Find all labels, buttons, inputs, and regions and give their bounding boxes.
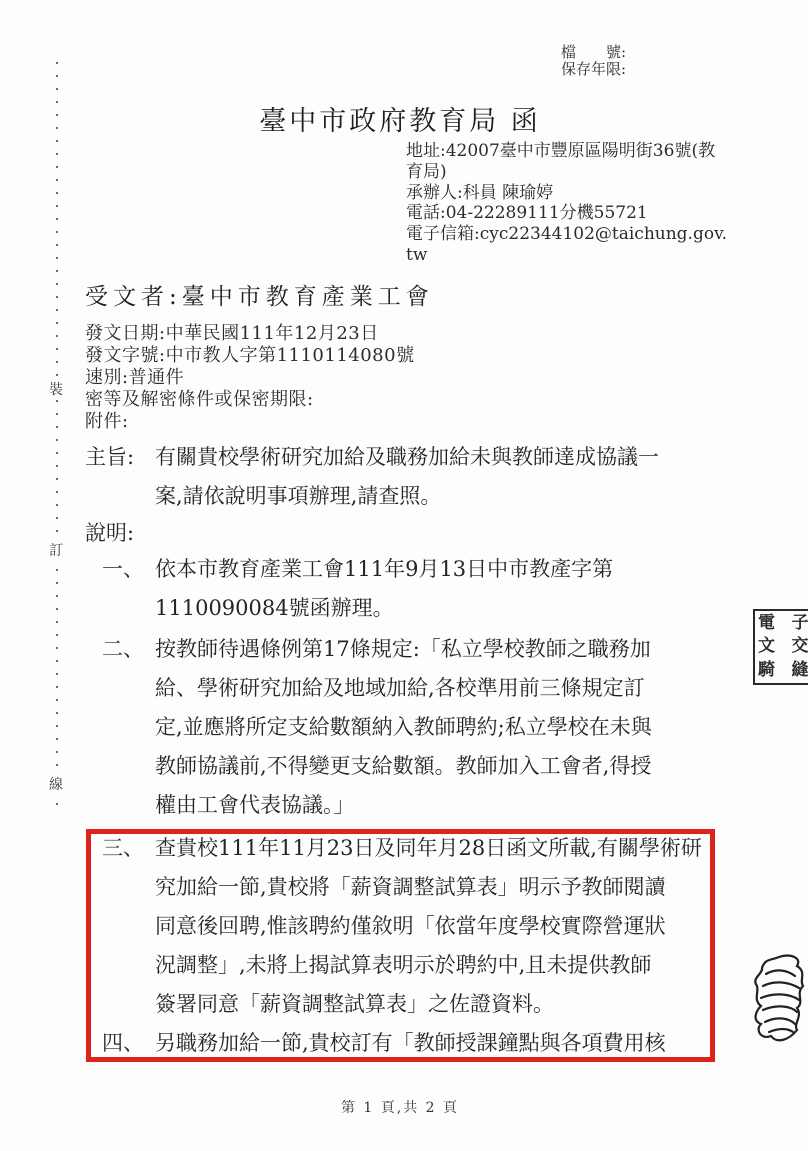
explanation-item-4: 四、 另職務加給一節,貴校訂有「教師授課鐘點與各項費用核 bbox=[102, 1024, 666, 1063]
subject-line: 有關貴校學術研究加給及職務加給未與教師達成協議一 bbox=[155, 438, 659, 477]
agency-contact-block: 地址:42007臺中市豐原區陽明街36號(教 育局) 承辦人:科員 陳瑜婷 電話… bbox=[406, 141, 736, 266]
stamp-char: 電 bbox=[758, 612, 792, 635]
subject-text: 有關貴校學術研究加給及職務加給未與教師達成協議一 案,請依說明事項辦理,請查照。 bbox=[155, 438, 659, 516]
contact-email-line1: 電子信箱:cyc22344102@taichung.gov. bbox=[406, 224, 736, 245]
doc-meta-block: 發文日期:中華民國111年12月23日 發文字號:中市教人字第111011408… bbox=[85, 323, 415, 433]
attachment-line: 附件: bbox=[85, 411, 415, 433]
binding-mark-zhuang: 裝 bbox=[47, 382, 65, 398]
item-text: 依本市教育產業工會111年9月13日中市教產字第 1110090084號函辦理。 bbox=[155, 550, 613, 628]
issue-date-line: 發文日期:中華民國111年12月23日 bbox=[85, 323, 415, 345]
subject-label: 主旨: bbox=[85, 438, 155, 516]
explanation-label: 說明: bbox=[85, 514, 134, 553]
body-line: 按教師待遇條例第17條規定:「私立學校教師之職務加 bbox=[155, 630, 652, 669]
body-line: 定,並應將所定支給數額納入教師聘約;私立學校在未與 bbox=[155, 708, 652, 747]
stamp-char: 文 bbox=[758, 635, 792, 658]
body-line: 查貴校111年11月23日及同年月28日函文所載,有關學術研 bbox=[155, 829, 702, 868]
contact-address-line2: 育局) bbox=[406, 162, 736, 183]
stamp-char: 縫 bbox=[792, 659, 808, 682]
contact-email-line2: tw bbox=[406, 245, 736, 266]
retention-period-label: 保存年限: bbox=[561, 61, 626, 78]
subject-block: 主旨: 有關貴校學術研究加給及職務加給未與教師達成協議一 案,請依說明事項辦理,… bbox=[85, 438, 659, 516]
file-number-block: 檔 號: 保存年限: bbox=[561, 44, 626, 78]
item-text: 按教師待遇條例第17條規定:「私立學校教師之職務加 給、學術研究加給及地域加給,… bbox=[155, 630, 652, 825]
explanation-item-3: 三、 查貴校111年11月23日及同年月28日函文所載,有關學術研 究加給一節,… bbox=[102, 829, 702, 1024]
body-line: 況調整」,未將上揭試算表明示於聘約中,且未提供教師 bbox=[155, 946, 702, 985]
doc-number-line: 發文字號:中市教人字第1110114080號 bbox=[85, 345, 415, 367]
explanation-item-2: 二、 按教師待遇條例第17條規定:「私立學校教師之職務加 給、學術研究加給及地域… bbox=[102, 630, 652, 825]
document-title: 臺中市政府教育局 函 bbox=[85, 99, 715, 138]
body-line: 權由工會代表協議。」 bbox=[155, 786, 652, 825]
file-number-label: 檔 號: bbox=[561, 44, 626, 61]
item-text: 另職務加給一節,貴校訂有「教師授課鐘點與各項費用核 bbox=[155, 1024, 666, 1063]
body-line: 簽署同意「薪資調整試算表」之佐證資料。 bbox=[155, 985, 702, 1024]
binding-dotted-line bbox=[56, 62, 58, 814]
recipient-line: 受文者:臺中市教育產業工會 bbox=[85, 278, 434, 311]
subject-line: 案,請依說明事項辦理,請查照。 bbox=[155, 477, 659, 516]
electronic-exchange-seam-stamp: 電 子 文 交 騎 縫 bbox=[753, 609, 808, 685]
explanation-item-1: 一、 依本市教育產業工會111年9月13日中市教產字第 1110090084號函… bbox=[102, 550, 613, 628]
body-line: 依本市教育產業工會111年9月13日中市教產字第 bbox=[155, 550, 613, 589]
secrecy-line: 密等及解密條件或保密期限: bbox=[85, 389, 415, 411]
stamp-char: 交 bbox=[792, 635, 808, 658]
scanned-official-letter-page: 裝 訂 線 檔 號: 保存年限: 臺中市政府教育局 函 地址:42007臺中市豐… bbox=[0, 0, 808, 1151]
seal-squiggle-mark bbox=[749, 952, 808, 1048]
binding-mark-xian: 線 bbox=[47, 777, 65, 793]
contact-officer: 承辦人:科員 陳瑜婷 bbox=[406, 183, 736, 204]
item-number: 三、 bbox=[102, 829, 155, 1024]
item-number: 一、 bbox=[102, 550, 155, 628]
contact-phone: 電話:04-22289111分機55721 bbox=[406, 203, 736, 224]
item-text: 查貴校111年11月23日及同年月28日函文所載,有關學術研 究加給一節,貴校將… bbox=[155, 829, 702, 1024]
stamp-char: 騎 bbox=[758, 659, 792, 682]
item-number: 二、 bbox=[102, 630, 155, 825]
body-line: 另職務加給一節,貴校訂有「教師授課鐘點與各項費用核 bbox=[155, 1024, 666, 1063]
speed-class-line: 速別:普通件 bbox=[85, 367, 415, 389]
contact-address-line1: 地址:42007臺中市豐原區陽明街36號(教 bbox=[406, 141, 736, 162]
body-line: 教師協議前,不得變更支給數額。教師加入工會者,得授 bbox=[155, 747, 652, 786]
body-line: 究加給一節,貴校將「薪資調整試算表」明示予教師閱讀 bbox=[155, 868, 702, 907]
body-line: 給、學術研究加給及地域加給,各校準用前三條規定訂 bbox=[155, 669, 652, 708]
page-number: 第 1 頁,共 2 頁 bbox=[85, 1097, 715, 1117]
binding-mark-ding: 訂 bbox=[47, 543, 65, 559]
body-line: 1110090084號函辦理。 bbox=[155, 589, 613, 628]
stamp-char: 子 bbox=[792, 612, 808, 635]
body-line: 同意後回聘,惟該聘約僅敘明「依當年度學校實際營運狀 bbox=[155, 907, 702, 946]
item-number: 四、 bbox=[102, 1024, 155, 1063]
